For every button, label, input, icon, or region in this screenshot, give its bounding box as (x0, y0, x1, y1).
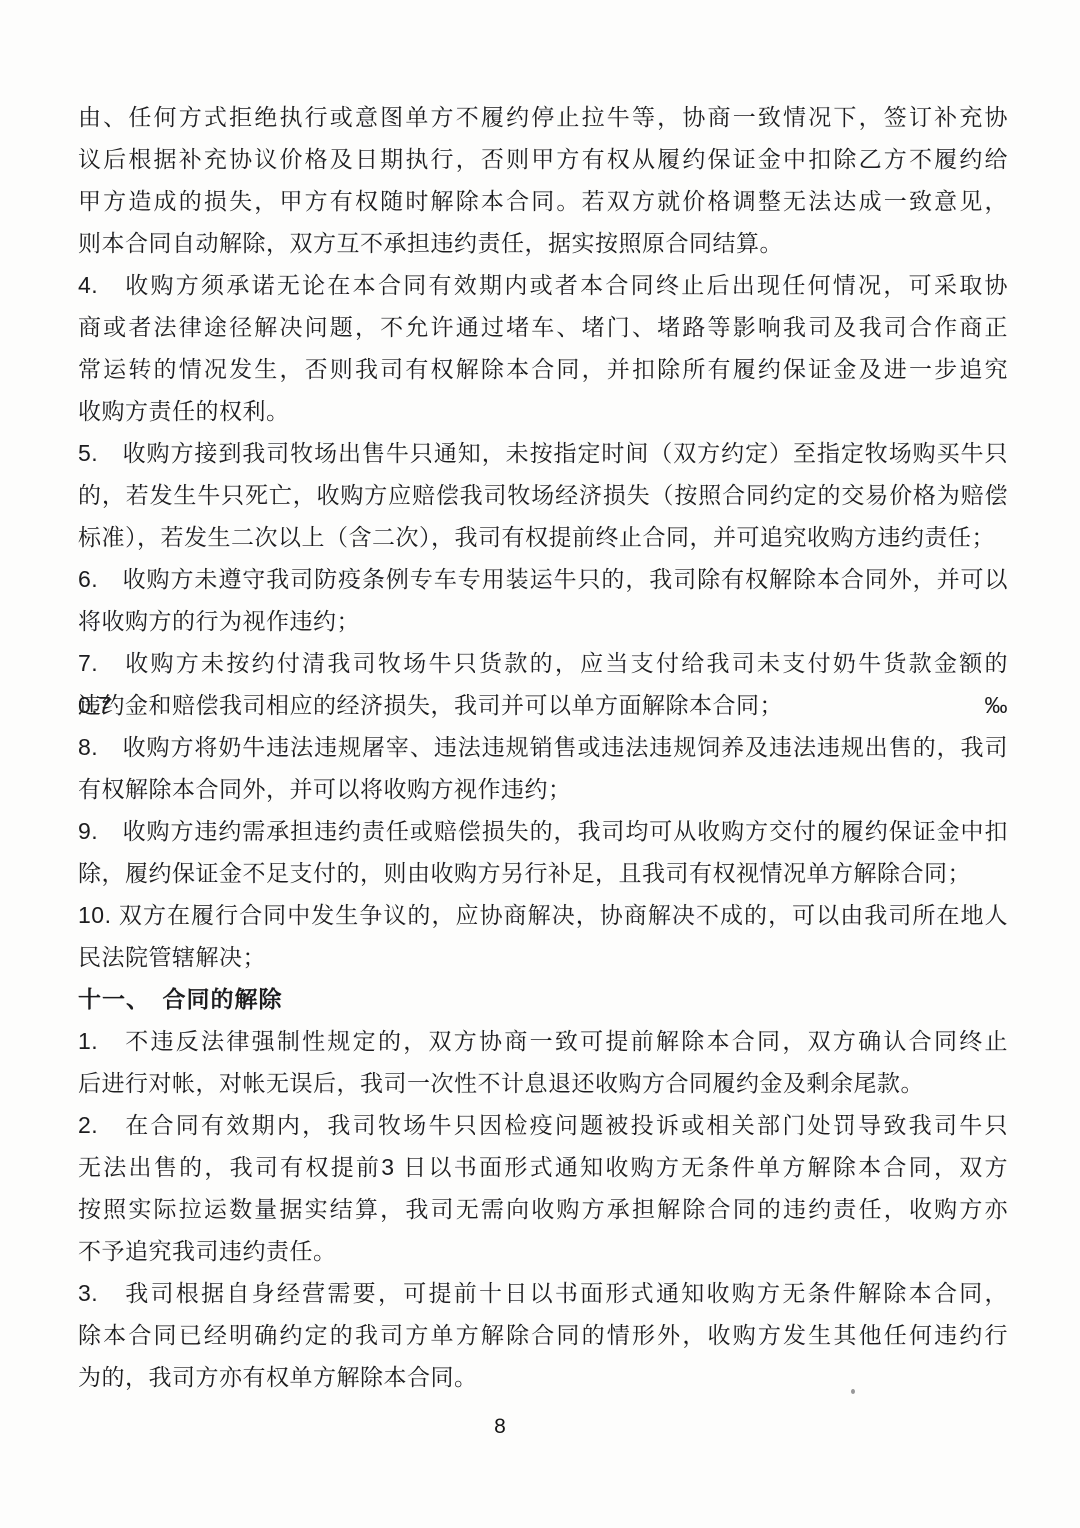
text-line: 8. 收购方将奶牛违法违规屠宰、违法违规销售或违法违规饲养及违法违规出售的，我司 (78, 726, 1008, 768)
section-heading: 十一、 合同的解除 (78, 978, 1008, 1020)
text-line: 民法院管辖解决； (78, 936, 1008, 978)
text-line: 无法出售的，我司有权提前3 日以书面形式通知收购方无条件单方解除本合同，双方 (78, 1146, 1008, 1188)
text-line: 4. 收购方须承诺无论在本合同有效期内或者本合同终止后出现任何情况，可采取协 (78, 264, 1008, 306)
text-line: 9. 收购方违约需承担违约责任或赔偿损失的，我司均可从收购方交付的履约保证金中扣 (78, 810, 1008, 852)
text-line: 甲方造成的损失，甲方有权随时解除本合同。若双方就价格调整无法达成一致意见， (78, 180, 1008, 222)
contract-paragraph: 10. 双方在履行合同中发生争议的，应协商解决，协商解决不成的，可以由我司所在地… (78, 894, 1008, 978)
contract-paragraph: 1. 不违反法律强制性规定的，双方协商一致可提前解除本合同，双方确认合同终止后进… (78, 1020, 1008, 1104)
contract-paragraph: 5. 收购方接到我司牧场出售牛只通知，未按指定时间（双方约定）至指定牧场购买牛只… (78, 432, 1008, 558)
document-page: 由、任何方式拒绝执行或意图单方不履约停止拉牛等，协商一致情况下，签订补充协议后根… (0, 0, 1080, 1528)
text-line: 7. 收购方未按约付清我司牧场牛只货款的，应当支付给我司未支付奶牛货款金额的 0… (78, 642, 1008, 684)
text-line: 商或者法律途径解决问题，不允许通过堵车、堵门、堵路等影响我司及我司合作商正 (78, 306, 1008, 348)
text-line: 2. 在合同有效期内，我司牧场牛只因检疫问题被投诉或相关部门处罚导致我司牛只 (78, 1104, 1008, 1146)
text-line: 十一、 合同的解除 (78, 978, 1008, 1020)
contract-paragraph: 由、任何方式拒绝执行或意图单方不履约停止拉牛等，协商一致情况下，签订补充协议后根… (78, 96, 1008, 264)
text-line: 5. 收购方接到我司牧场出售牛只通知，未按指定时间（双方约定）至指定牧场购买牛只 (78, 432, 1008, 474)
text-line: 3. 我司根据自身经营需要，可提前十日以书面形式通知收购方无条件解除本合同， (78, 1272, 1008, 1314)
text-line: 1. 不违反法律强制性规定的，双方协商一致可提前解除本合同，双方确认合同终止 (78, 1020, 1008, 1062)
contract-paragraph: 9. 收购方违约需承担违约责任或赔偿损失的，我司均可从收购方交付的履约保证金中扣… (78, 810, 1008, 894)
text-line: 议后根据补充协议价格及日期执行，否则甲方有权从履约保证金中扣除乙方不履约给 (78, 138, 1008, 180)
text-line: 不予追究我司违约责任。 (78, 1230, 1008, 1272)
page-number: 8 (0, 1412, 1000, 1442)
contract-paragraph: 6. 收购方未遵守我司防疫条例专车专用装运牛只的，我司除有权解除本合同外，并可以… (78, 558, 1008, 642)
text-line: 收购方责任的权利。 (78, 390, 1008, 432)
text-line: 6. 收购方未遵守我司防疫条例专车专用装运牛只的，我司除有权解除本合同外，并可以 (78, 558, 1008, 600)
contract-paragraph: 4. 收购方须承诺无论在本合同有效期内或者本合同终止后出现任何情况，可采取协商或… (78, 264, 1008, 432)
text-line: 按照实际拉运数量据实结算，我司无需向收购方承担解除合同的违约责任，收购方亦 (78, 1188, 1008, 1230)
text-line: 将收购方的行为视作违约； (78, 600, 1008, 642)
contract-paragraph: 8. 收购方将奶牛违法违规屠宰、违法违规销售或违法违规饲养及违法违规出售的，我司… (78, 726, 1008, 810)
scan-artifact-speck (851, 1389, 855, 1394)
contract-paragraph: 3. 我司根据自身经营需要，可提前十日以书面形式通知收购方无条件解除本合同，除本… (78, 1272, 1008, 1398)
text-line: 除本合同已经明确约定的我司方单方解除合同的情形外，收购方发生其他任何违约行 (78, 1314, 1008, 1356)
text-line: 后进行对帐，对帐无误后，我司一次性不计息退还收购方合同履约金及剩余尾款。 (78, 1062, 1008, 1104)
text-line: 10. 双方在履行合同中发生争议的，应协商解决，协商解决不成的，可以由我司所在地… (78, 894, 1008, 936)
contract-text-block: 由、任何方式拒绝执行或意图单方不履约停止拉牛等，协商一致情况下，签订补充协议后根… (78, 96, 1008, 1398)
contract-paragraph: 7. 收购方未按约付清我司牧场牛只货款的，应当支付给我司未支付奶牛货款金额的 0… (78, 642, 1008, 726)
contract-paragraph: 2. 在合同有效期内，我司牧场牛只因检疫问题被投诉或相关部门处罚导致我司牛只无法… (78, 1104, 1008, 1272)
text-line: 则本合同自动解除，双方互不承担违约责任，据实按照原合同结算。 (78, 222, 1008, 264)
text-line: 由、任何方式拒绝执行或意图单方不履约停止拉牛等，协商一致情况下，签订补充协 (78, 96, 1008, 138)
text-line: 为的，我司方亦有权单方解除本合同。 (78, 1356, 1008, 1398)
text-line: 常运转的情况发生，否则我司有权解除本合同，并扣除所有履约保证金及进一步追究 (78, 348, 1008, 390)
text-line: 标准），若发生二次以上（含二次），我司有权提前终止合同，并可追究收购方违约责任； (78, 516, 1008, 558)
text-line: 除，履约保证金不足支付的，则由收购方另行补足，且我司有权视情况单方解除合同； (78, 852, 1008, 894)
text-line: 的，若发生牛只死亡，收购方应赔偿我司牧场经济损失（按照合同约定的交易价格为赔偿 (78, 474, 1008, 516)
text-line: 有权解除本合同外，并可以将收购方视作违约； (78, 768, 1008, 810)
